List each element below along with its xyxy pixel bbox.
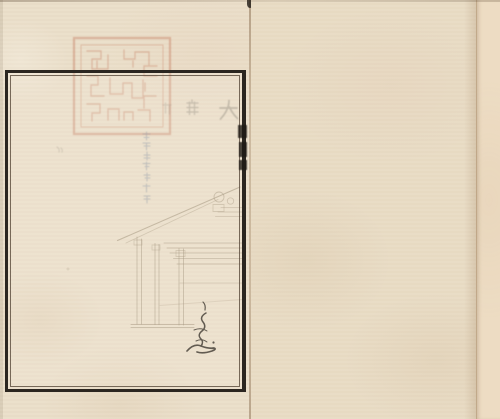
page-edge-band [476,0,500,419]
text-frame-border [5,70,246,392]
ink-smudge [239,160,247,170]
inner-rule [10,75,240,387]
left-edge-shade [0,0,3,419]
book-spread-scan: Scanned double-page spread of an antique… [0,0,500,419]
left-page [0,0,250,419]
ink-smudge [239,142,247,157]
top-edge-shade [0,0,500,2]
right-page [251,0,476,419]
ink-smudge [238,125,247,138]
